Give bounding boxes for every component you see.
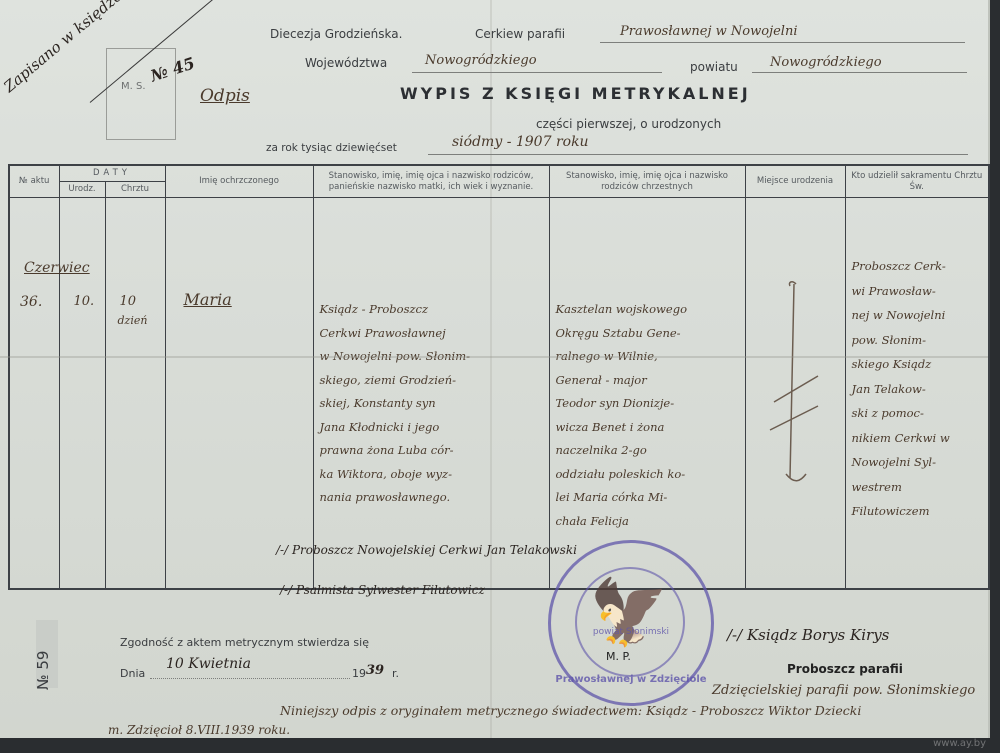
document-number: № 59 [34, 651, 52, 690]
county-value: Nowogródzkiego [770, 55, 882, 70]
col-parents: Stanowisko, imię, imię ojca i nazwisko r… [313, 165, 549, 198]
col-baptism-date: Chrztu [105, 182, 165, 198]
col-godparents: Stanowisko, imię, imię ojca i nazwisko r… [549, 165, 745, 198]
year-suffix: r. [392, 667, 399, 680]
year-value-footer: 39 [366, 663, 384, 678]
seal-label: M. P. [606, 650, 631, 663]
col-birth-date: Urodz. [59, 182, 105, 198]
county-line [752, 72, 967, 73]
record-parents: Ksiądz - Proboszcz Cerkwi Prawosławnej w… [320, 298, 545, 510]
church-label: Cerkiew parafii [475, 27, 565, 41]
cell-baptized-name: Maria [165, 198, 313, 590]
register-table: № aktu DATY Imię ochrzczonego Stanowisko… [8, 164, 990, 590]
birth-certificate-document: M. S. Zapisano w księdze № 45 Odpis Diec… [0, 0, 990, 738]
register-record-row: Czerwiec 36. 10. 10 dzień Maria Ksiądz -… [9, 198, 989, 590]
col-dates: DATY [59, 165, 165, 182]
date-label: Dnia [120, 667, 145, 680]
document-title: WYPIS Z KSIĘGI METRYKALNEJ [400, 84, 751, 103]
parish-seal: 🦅 powiat Słonimski Prawosławnej w Zdzięc… [548, 540, 714, 706]
date-value: 10 Kwietnia [166, 656, 251, 672]
cell-birthplace [745, 198, 845, 590]
eagle-emblem-icon: 🦅 [589, 573, 669, 653]
voivodeship-line [412, 72, 662, 73]
signature-line-1: /-/ Proboszcz Nowojelskiej Cerkwi Jan Te… [276, 543, 577, 557]
voivodeship-label: Województwa [305, 56, 387, 70]
church-value: Prawosławnej w Nowojelni [620, 24, 798, 39]
record-godparents: Kasztelan wojskowego Okręgu Sztabu Gene-… [556, 298, 741, 533]
county-label: powiatu [690, 60, 738, 74]
copy-mark: Odpis [200, 86, 250, 106]
record-baptism-day: 10 [120, 294, 137, 309]
record-officiant: Proboszcz Cerk- wi Prawosław- nej w Nowo… [852, 254, 985, 524]
record-baptism-note: dzień [118, 314, 148, 327]
record-name: Maria [184, 290, 232, 309]
strike-through-mark [766, 278, 826, 498]
cell-officiant: Proboszcz Cerk- wi Prawosław- nej w Nowo… [845, 198, 989, 590]
pastor-parish: Zdzięcielskiej parafii pow. Słonimskiego [712, 683, 975, 698]
year-prefix: 19 [352, 667, 366, 680]
date-line [150, 678, 350, 679]
record-birth-day: 10. [74, 294, 95, 309]
church-line [600, 42, 965, 43]
col-birthplace: Miejsce urodzenia [745, 165, 845, 198]
signature-line-2: /-/ Psalmista Sylwester Filutowicz [280, 583, 485, 597]
certification-place: m. Zdzięcioł 8.VIII.1939 roku. [108, 723, 290, 737]
year-label: za rok tysiąc dziewięćset [266, 142, 397, 154]
record-act-number: 36. [20, 294, 42, 310]
pastor-signature: /-/ Ksiądz Borys Kirys [727, 626, 889, 644]
pastor-label: Proboszcz parafii [787, 662, 903, 676]
col-officiant: Kto udzielił sakramentu Chrztu Św. [845, 165, 989, 198]
cell-act-number: Czerwiec 36. [9, 198, 59, 590]
conformity-statement: Zgodność z aktem metrycznym stwierdza si… [120, 636, 369, 649]
cell-birth-date: 10. [59, 198, 105, 590]
diocese-label: Diecezja Grodzieńska. [270, 27, 402, 41]
certification-note: Niniejszy odpis z oryginałem metrycznego… [280, 703, 861, 718]
cell-parents: Ksiądz - Proboszcz Cerkwi Prawosławnej w… [313, 198, 549, 590]
cell-godparents: Kasztelan wojskowego Okręgu Sztabu Gene-… [549, 198, 745, 590]
year-line [428, 154, 968, 155]
voivodeship-value: Nowogródzkiego [425, 53, 537, 68]
cell-baptism-date: 10 dzień [105, 198, 165, 590]
col-baptized-name: Imię ochrzczonego [165, 165, 313, 198]
ms-label: M. S. [121, 81, 146, 92]
document-subtitle: części pierwszej, o urodzonych [536, 117, 721, 131]
col-act-number: № aktu [9, 165, 59, 198]
year-value: siódmy - 1907 roku [452, 134, 589, 150]
watermark: www.ay.by [933, 738, 986, 749]
